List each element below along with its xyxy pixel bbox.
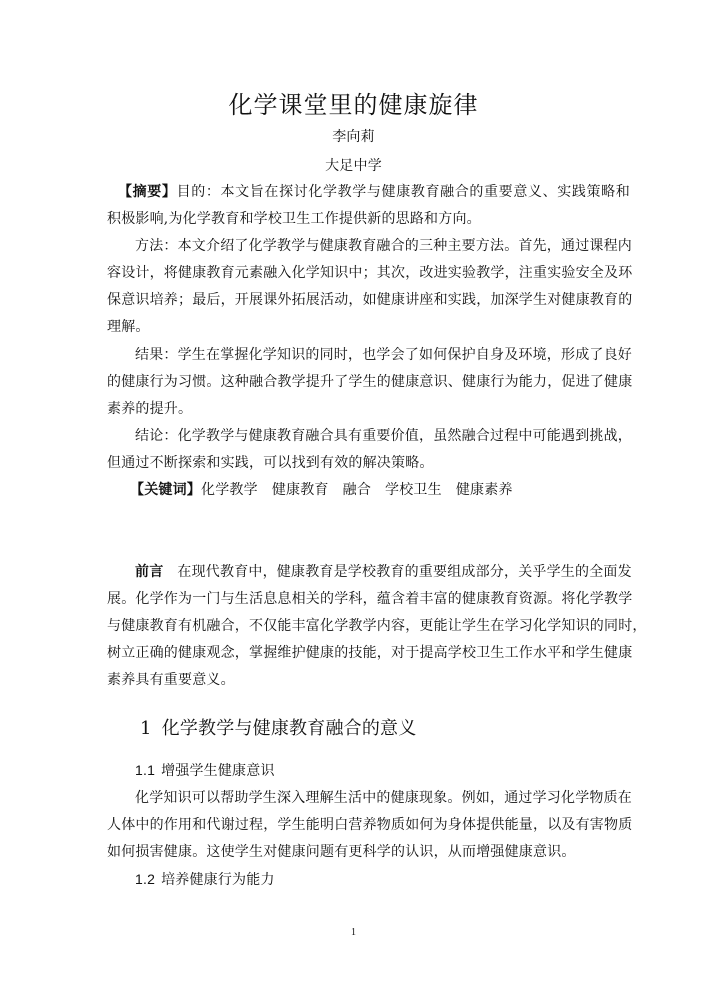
section-1-heading: 1化学教学与健康教育融合的意义	[140, 717, 663, 741]
affiliation: 大足中学	[0, 157, 707, 175]
subsection-1-1-heading: 1.1增强学生健康意识	[135, 761, 658, 780]
methods-line-3: 保意识培养；最后，开展课外拓展活动，如健康讲座和实践，加深学生对健康教育的	[107, 291, 630, 309]
methods-line-1: 方法：本文介绍了化学教学与健康教育融合的三种主要方法。首先，通过课程内	[135, 237, 630, 255]
abstract-label: 【摘要】	[118, 184, 177, 200]
abstract-line-1: 【摘要】目的：本文旨在探讨化学教学与健康教育融合的重要意义、实践策略和	[118, 183, 630, 201]
subsection-1-1-line-2: 人体中的作用和代谢过程，学生能明白营养物质如何为身体提供能量，以及有害物质	[107, 816, 630, 834]
section-1-number: 1	[140, 718, 152, 739]
keyword-term: 学校卫生	[385, 482, 442, 498]
results-line-1: 结果：学生在掌握化学知识的同时，也学会了如何保护自身及环境，形成了良好	[135, 346, 630, 364]
document-page: 化学课堂里的健康旋律 李向莉 大足中学 【摘要】目的：本文旨在探讨化学教学与健康…	[0, 0, 707, 999]
conclusion-line-2: 但通过不断探索和实践，可以找到有效的解决策略。	[107, 454, 630, 472]
subsection-1-1-line-3: 如何损害健康。这使学生对健康问题有更科学的认识，从而增强健康意识。	[107, 843, 630, 861]
subsection-1-2-heading: 1.2培养健康行为能力	[135, 870, 658, 889]
results-line-2: 的健康行为习惯。这种融合教学提升了学生的健康意识、健康行为能力，促进了健康	[107, 373, 630, 391]
page-number: 1	[0, 927, 707, 938]
subsection-1-1-line-1: 化学知识可以帮助学生深入理解生活中的健康现象。例如，通过学习化学物质在	[135, 789, 630, 807]
preface-line-2: 展。化学作为一门与生活息息相关的学科，蕴含着丰富的健康教育资源。将化学教学	[107, 590, 630, 608]
preface-line-1: 前言在现代教育中，健康教育是学校教育的重要组成部分，关乎学生的全面发	[135, 563, 630, 581]
results-line-3: 素养的提升。	[107, 400, 630, 418]
methods-line-2: 容设计，将健康教育元素融入化学知识中；其次，改进实验教学，注重实验安全及环	[107, 264, 630, 282]
preface-line-5: 素养具有重要意义。	[107, 671, 630, 689]
keywords-line: 【关键词】化学教学健康教育融合学校卫生健康素养	[130, 481, 630, 499]
preface-label: 前言	[135, 564, 163, 580]
document-title: 化学课堂里的健康旋律	[0, 90, 707, 120]
keyword-term: 健康教育	[272, 482, 329, 498]
methods-line-4: 理解。	[107, 318, 630, 336]
preface-line-4: 树立正确的健康观念，掌握维护健康的技能，对于提高学校卫生工作水平和学生健康	[107, 644, 630, 662]
preface-line-3: 与健康教育有机融合，不仅能丰富化学教学内容，更能让学生在学习化学知识的同时，	[107, 617, 630, 635]
author: 李向莉	[0, 128, 707, 146]
conclusion-line-1: 结论：化学教学与健康教育融合具有重要价值，虽然融合过程中可能遇到挑战，	[135, 427, 630, 445]
keyword-term: 健康素养	[456, 482, 513, 498]
keyword-term: 化学教学	[201, 482, 258, 498]
abstract-line-2: 积极影响,为化学教育和学校卫生工作提供新的思路和方向。	[107, 210, 630, 228]
keywords-label: 【关键词】	[130, 482, 201, 498]
keyword-term: 融合	[343, 482, 371, 498]
